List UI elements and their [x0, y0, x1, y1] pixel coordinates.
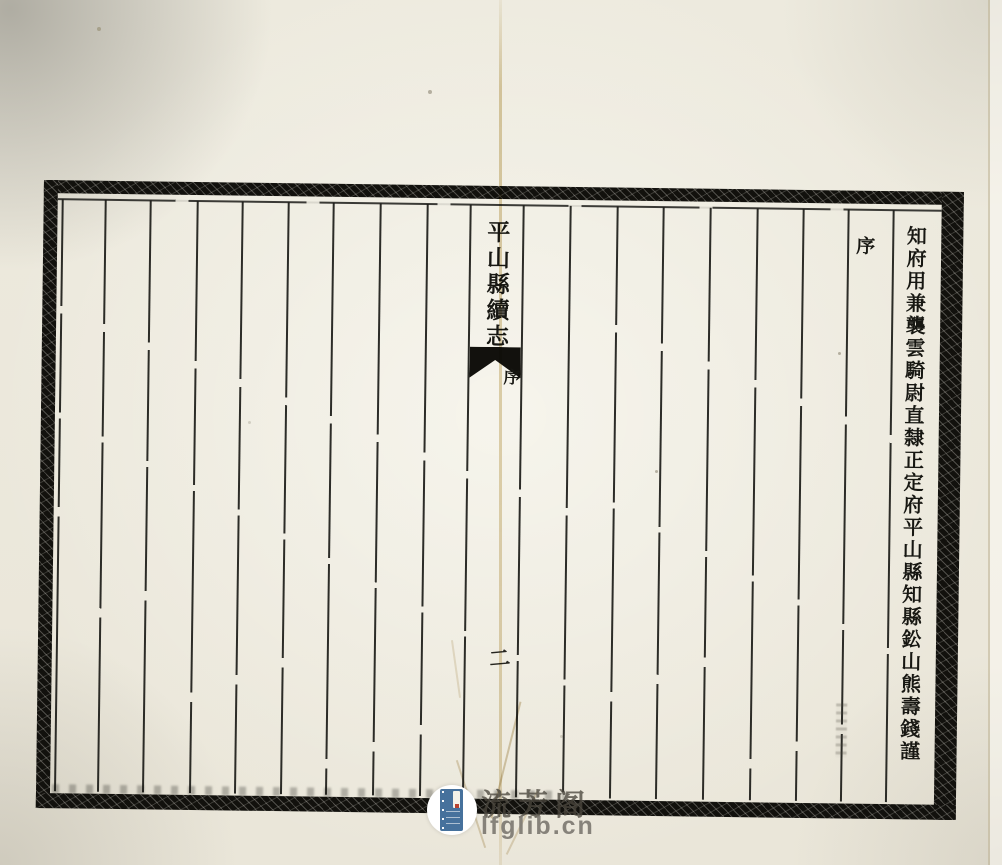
- column-line: [280, 202, 290, 794]
- banxin-section-label: 序: [498, 368, 520, 392]
- stitched-book-icon: [440, 789, 463, 831]
- watermark-badge: [427, 785, 477, 835]
- column-line: [702, 208, 712, 800]
- book-seal-mark: [455, 804, 459, 808]
- column-line: [142, 200, 152, 792]
- watermark-domain: lfglib.cn: [481, 812, 641, 841]
- paper-speck: [97, 27, 101, 31]
- ink-bleed-stain: [836, 703, 848, 757]
- scan-edge-highlight: [990, 0, 1002, 865]
- frame-interior: 平山縣續志 序 二 序 知府用兼襲雲騎尉直隸正定府平山縣知縣鈆山熊壽錢謹: [50, 193, 942, 805]
- book-page-lines: [446, 811, 460, 828]
- preface-signature-column: 知府用兼襲雲騎尉直隸正定府平山縣知縣鈆山熊壽錢謹: [893, 225, 930, 785]
- column-line: [234, 202, 244, 794]
- gazetteer-page-scan: { "scan": { "banxin": { "title": "平山縣續志"…: [0, 0, 1002, 865]
- preface-heading: 序: [852, 236, 876, 262]
- column-line: [655, 207, 665, 799]
- column-line: [97, 200, 107, 792]
- column-line: [419, 204, 429, 796]
- paper-speck: [428, 90, 432, 94]
- column-line: [795, 209, 805, 801]
- column-line: [189, 201, 199, 793]
- page-number: 二: [485, 646, 513, 674]
- column-line: [372, 203, 382, 795]
- book-stitching: [442, 791, 444, 829]
- book-frame: 平山縣續志 序 二 序 知府用兼襲雲騎尉直隸正定府平山縣知縣鈆山熊壽錢謹: [36, 180, 964, 820]
- column-line: [749, 208, 759, 800]
- column-line: [325, 203, 335, 795]
- column-line: [609, 206, 619, 798]
- column-line: [562, 206, 572, 798]
- banxin-book-title: 平山縣續志: [470, 212, 522, 358]
